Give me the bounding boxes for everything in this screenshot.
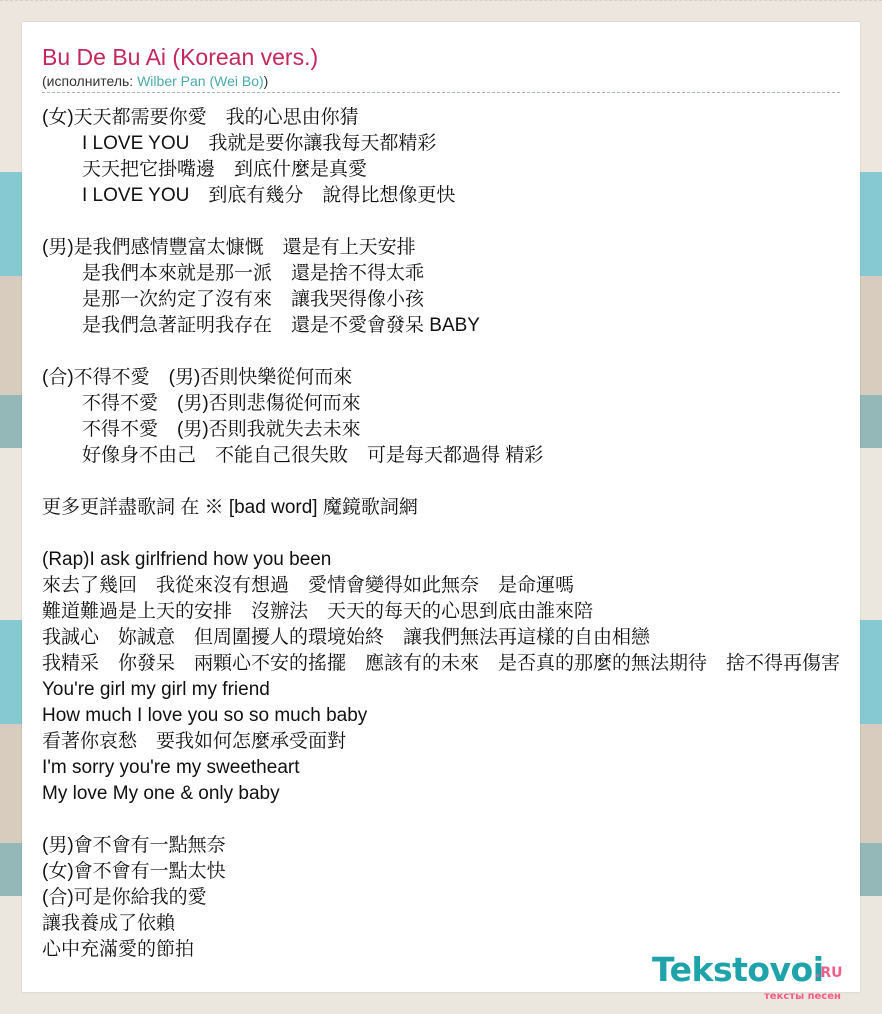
lyric-line: 來去了幾回 我從來沒有想過 愛情會變得如此無奈 是命運嗎 xyxy=(42,573,882,599)
lyric-line: (女)天天都需要你愛 我的心思由你猜 xyxy=(42,105,882,131)
site-logo[interactable]: Tekstovoi .RU тексты песен xyxy=(652,950,852,1014)
logo-tld: .RU xyxy=(815,965,842,981)
lyric-line: 不得不愛 (男)否則我就失去未來 xyxy=(42,417,882,443)
lyric-line: 不得不愛 (男)否則悲傷從何而來 xyxy=(42,391,882,417)
logo-subtitle: тексты песен xyxy=(764,991,841,1002)
artist-suffix: ) xyxy=(264,73,269,89)
lyric-line: 我誠心 妳誠意 但周圍擾人的環境始終 讓我們無法再這樣的自由相戀 xyxy=(42,625,882,651)
lyric-line: 是那一次約定了沒有來 讓我哭得像小孩 xyxy=(42,287,882,313)
lyric-line: 讓我養成了依賴 xyxy=(42,911,882,937)
song-title: Bu De Bu Ai (Korean vers.) xyxy=(42,43,840,71)
lyric-line: 天天把它掛嘴邊 到底什麼是真愛 xyxy=(42,157,882,183)
lyric-line: I LOVE YOU 到底有幾分 說得比想像更快 xyxy=(42,183,882,209)
song-header: Bu De Bu Ai (Korean vers.) (исполнитель:… xyxy=(42,43,840,93)
lyric-spacer xyxy=(42,521,882,547)
artist-link[interactable]: Wilber Pan (Wei Bo) xyxy=(137,73,264,89)
lyric-line: 我精采 你發呆 兩顆心不安的搖擺 應該有的未來 是否真的那麼的無法期待 捨不得再… xyxy=(42,651,882,677)
lyric-line: 是我們急著証明我存在 還是不愛會發呆 BABY xyxy=(42,313,882,339)
lyric-line: 難道難過是上天的安排 沒辦法 天天的每天的心思到底由誰來陪 xyxy=(42,599,882,625)
lyric-line: 是我們本來就是那一派 還是捨不得太乖 xyxy=(42,261,882,287)
lyrics-body: (女)天天都需要你愛 我的心思由你猜I LOVE YOU 我就是要你讓我每天都精… xyxy=(42,105,882,963)
lyric-line: How much I love you so so much baby xyxy=(42,703,882,729)
lyric-line: (合)不得不愛 (男)否則快樂從何而來 xyxy=(42,365,882,391)
lyric-line: You're girl my girl my friend xyxy=(42,677,882,703)
artist-line: (исполнитель: Wilber Pan (Wei Bo)) xyxy=(42,71,840,91)
lyric-line: 好像身不由己 不能自己很失敗 可是每天都過得 精彩 xyxy=(42,443,882,469)
lyric-line: (合)可是你給我的愛 xyxy=(42,885,882,911)
lyric-line: 看著你哀愁 要我如何怎麼承受面對 xyxy=(42,729,882,755)
lyric-line: I LOVE YOU 我就是要你讓我每天都精彩 xyxy=(42,131,882,157)
lyric-line: (男)是我們感情豐富太慷慨 還是有上天安排 xyxy=(42,235,882,261)
artist-prefix: (исполнитель: xyxy=(42,73,137,89)
lyric-line: (Rap)I ask girlfriend how you been xyxy=(42,547,882,573)
lyric-spacer xyxy=(42,339,882,365)
lyric-spacer xyxy=(42,209,882,235)
logo-wordmark: Tekstovoi xyxy=(652,950,824,989)
lyric-spacer xyxy=(42,807,882,833)
lyric-line: 更多更詳盡歌詞 在 ※ [bad word] 魔鏡歌詞網 xyxy=(42,495,882,521)
lyric-spacer xyxy=(42,469,882,495)
lyric-line: (男)會不會有一點無奈 xyxy=(42,833,882,859)
lyric-line: I'm sorry you're my sweetheart xyxy=(42,755,882,781)
lyrics-card: Bu De Bu Ai (Korean vers.) (исполнитель:… xyxy=(22,22,860,992)
lyric-line: (女)會不會有一點太快 xyxy=(42,859,882,885)
lyric-line: My love My one & only baby xyxy=(42,781,882,807)
